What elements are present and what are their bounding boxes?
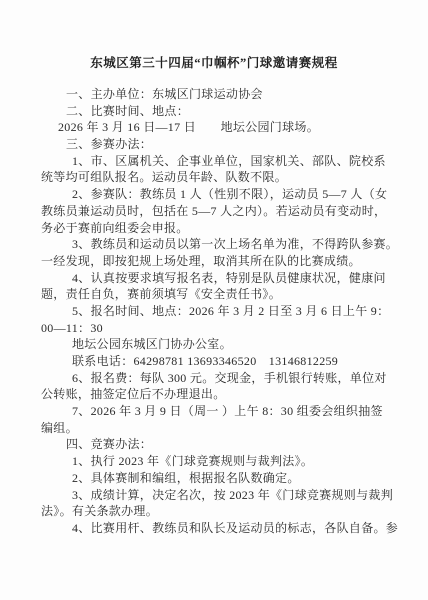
doc-line: 4、认真按要求填写报名表，特别是队员健康状况，健康问	[72, 270, 398, 287]
doc-line: 2、参赛队：教练员 1 人（性别不限），运动员 5—7 人（女	[72, 186, 398, 203]
doc-line-entry-head: 三、参赛办法：	[66, 136, 398, 153]
doc-line-draw-date: 7、2026 年 3 月 9 日（周一 ）上午 8：30 组委会组织抽签	[72, 403, 398, 420]
doc-line: 编组。	[41, 420, 398, 437]
doc-line: 00—11：30	[41, 320, 398, 337]
doc-line: 1、执行 2023 年《门球竞赛规则与裁判法》。	[72, 453, 398, 470]
doc-line-date-venue: 2026 年 3 月 16 日—17 日 地坛公园门球场。	[58, 119, 398, 136]
doc-line: 统等均可组队报名。运动员年龄、队数不限。	[41, 169, 398, 186]
doc-line: 4、比赛用杆、教练员和队长及运动员的标志，各队自备。参	[72, 520, 398, 537]
doc-line: 公转账，抽签定位后不办理退出。	[41, 386, 398, 403]
doc-line: 务必于赛前向组委会申报。	[41, 220, 398, 237]
doc-line: 教练员兼运动员时，包括在 5—7 人之内）。若运动员有变动时，	[41, 203, 398, 220]
doc-line-signup-office: 地坛公园东城区门协办公室。	[72, 336, 398, 353]
doc-line: 2、具体赛制和编组，根据报名队数确定。	[72, 470, 398, 487]
document-page: 东城区第三十四届“巾帼杯”门球邀请赛规程 一、主办单位：东城区门球运动协会 二、…	[0, 0, 428, 600]
doc-line-signup-time: 5、报名时间、地点：2026 年 3 月 2 日至 3 月 6 日上午 9：	[72, 303, 398, 320]
doc-line: 3、成绩计算，决定名次，按 2023 年《门球竞赛规则与裁判	[72, 487, 398, 504]
doc-line-fee: 6、报名费：每队 300 元。交现金，手机银行转账，单位对	[72, 370, 398, 387]
doc-line: 题，责任自负，赛前须填写《安全责任书》。	[41, 286, 398, 303]
doc-line: 法》。有关条款办理。	[41, 503, 398, 520]
doc-line: 3、教练员和运动员以第一次上场名单为准，不得跨队参赛。	[72, 236, 398, 253]
doc-line-time-place-head: 二、比赛时间、地点：	[66, 103, 398, 120]
doc-line: 一经发现，即按犯规上场处理，取消其所在队的比赛成绩。	[41, 253, 398, 270]
doc-line-contact-phones: 联系电话：64298781 13693346520 13146812259	[72, 353, 398, 370]
doc-line-rules-head: 四、竞赛办法：	[66, 436, 398, 453]
doc-line-organizer: 一、主办单位：东城区门球运动协会	[66, 86, 398, 103]
document-body: 一、主办单位：东城区门球运动协会 二、比赛时间、地点： 2026 年 3 月 1…	[0, 86, 428, 537]
doc-line: 1、市、区属机关、企事业单位，国家机关、部队、院校系	[72, 153, 398, 170]
document-title: 东城区第三十四届“巾帼杯”门球邀请赛规程	[0, 55, 428, 71]
